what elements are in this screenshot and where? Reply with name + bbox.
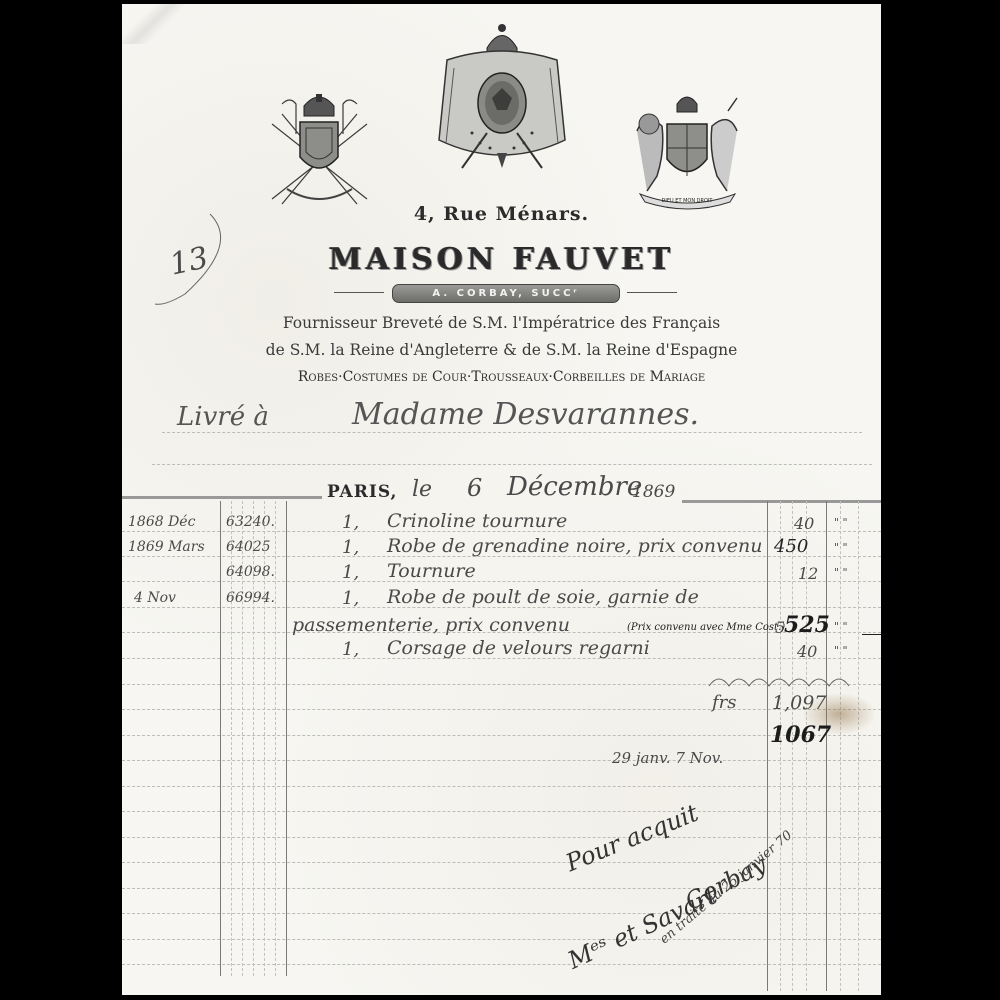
item-cents: " " xyxy=(834,516,848,529)
delivered-rule-2 xyxy=(152,464,872,465)
item-date: 1869 Mars xyxy=(128,539,205,555)
item-date: 4 Nov xyxy=(134,590,176,606)
item-qty: 1, xyxy=(342,562,359,583)
date-rule-left xyxy=(122,496,322,499)
item-cents: " " xyxy=(834,541,848,554)
date-city: PARIS, xyxy=(327,482,397,502)
ribbon-line-right xyxy=(627,292,677,293)
item-amount: 40 xyxy=(794,514,814,533)
date-month: Décembre xyxy=(507,472,642,502)
delivered-rule xyxy=(162,432,862,433)
item-note: (Prix convenu avec Mme Cost.) xyxy=(627,622,785,633)
total-revised: 1067 xyxy=(770,722,831,748)
successor-ribbon: A. CORBAY, SUCCʳ xyxy=(392,284,620,303)
item-amount: 450 xyxy=(774,536,808,557)
item-date: 1868 Déc xyxy=(128,514,195,530)
amount-underline xyxy=(862,634,881,635)
french-imperial-coat-of-arms-icon xyxy=(432,18,572,178)
item-description: Corsage de velours regarni xyxy=(387,637,650,659)
item-amount: 12 xyxy=(798,564,818,583)
date-rule-right xyxy=(682,500,881,503)
company-address: 4, Rue Ménars. xyxy=(122,203,881,225)
british-royal-coat-of-arms-icon: DIEU ET MON DROIT xyxy=(625,86,750,211)
company-name: MAISON FAUVET xyxy=(122,242,881,277)
item-cents: " " xyxy=(834,620,848,633)
item-qty: 1, xyxy=(342,639,359,660)
item-qty: 1, xyxy=(342,588,359,609)
item-ref: 64098. xyxy=(226,564,275,580)
item-ref: 66994. xyxy=(226,590,275,606)
item-qty: 1, xyxy=(342,512,359,533)
item-ref: 64025 xyxy=(226,539,271,555)
date-le: le xyxy=(412,477,432,502)
header-line-3: Robes·Costumes de Cour·Trousseaux·Corbei… xyxy=(122,369,881,385)
paper-fold xyxy=(122,4,192,44)
item-qty: 1, xyxy=(342,537,359,558)
item-description: passementerie, prix convenu xyxy=(292,614,570,636)
header-line-1: Fournisseur Breveté de S.M. l'Impératric… xyxy=(122,314,881,332)
item-amount: 40 xyxy=(797,642,817,661)
item-amount: 525 xyxy=(784,612,830,638)
item-description: Crinoline tournure xyxy=(387,510,567,532)
item-ref: 63240. xyxy=(226,514,275,530)
invoice-paper: DIEU ET MON DROIT 13 4, Rue Ménars. MAIS… xyxy=(122,4,881,995)
item-description: Robe de poult de soie, garnie de xyxy=(387,586,699,608)
item-description: Robe de grenadine noire, prix convenu xyxy=(387,535,762,557)
header-line-2: de S.M. la Reine d'Angleterre & de S.M. … xyxy=(122,341,881,359)
ribbon-line-left xyxy=(334,292,384,293)
delivered-name: Madame Desvarannes. xyxy=(352,397,699,432)
date-day: 6 xyxy=(467,474,482,502)
signature-line-3: Mᵉˢ et Savart xyxy=(564,881,722,974)
spain-coat-of-arms-icon xyxy=(262,84,377,209)
item-description: Tournure xyxy=(387,560,476,582)
total-label: frs xyxy=(712,692,737,713)
delivered-label: Livré à xyxy=(177,402,269,432)
total-flourish xyxy=(707,672,857,692)
item-cents: " " xyxy=(834,644,848,657)
payment-note: 29 janv. 7 Nov. xyxy=(612,749,723,767)
item-cents: " " xyxy=(834,566,848,579)
date-year: 1869 xyxy=(632,482,675,502)
